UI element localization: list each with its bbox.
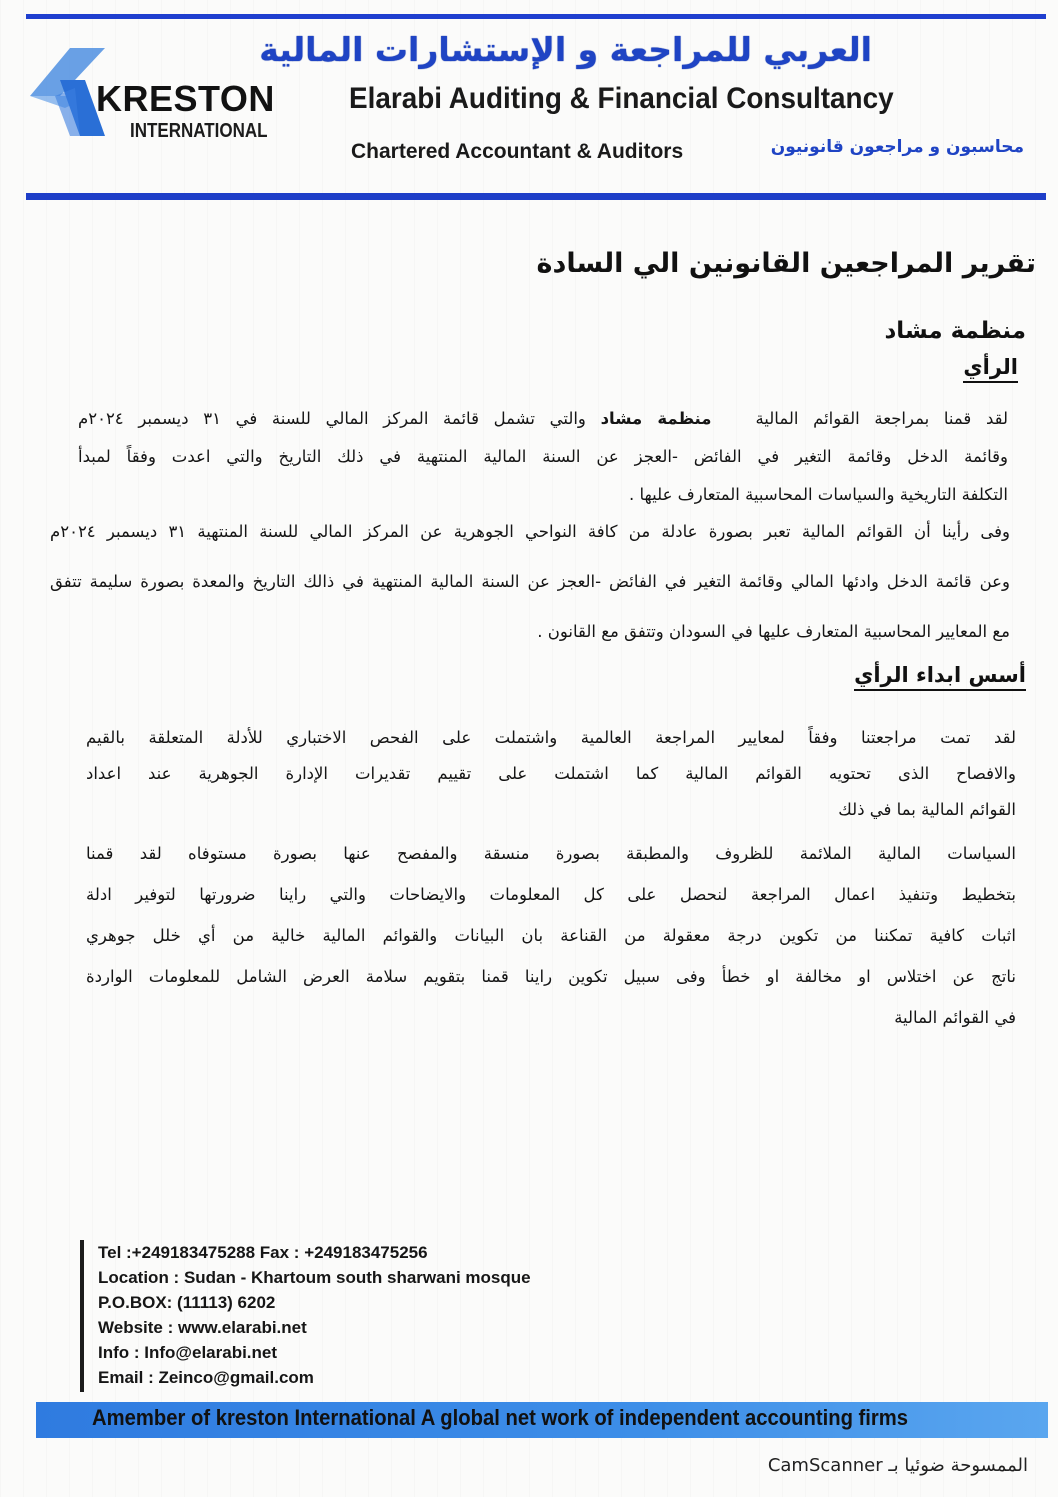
firm-name-arabic: العربي للمراجعة و الإستشارات المالية: [259, 30, 872, 69]
basis-paragraph-2: السياسات المالية الملائمة للظروف والمطبق…: [86, 833, 1016, 1038]
opinion-paragraph-1: لقد قمنا بمراجعة القوائم المالية منظمة م…: [78, 400, 1008, 514]
header-top-rule: [26, 14, 1046, 19]
contact-block: Tel :+249183475288 Fax : +249183475256 L…: [80, 1240, 531, 1392]
text-line: السياسات المالية الملائمة للظروف والمطبق…: [86, 833, 1016, 874]
text-line: وعن قائمة الدخل وادئها المالي وقائمة الت…: [50, 553, 1010, 611]
opinion-heading: الرأي: [963, 355, 1018, 383]
camscanner-watermark: الممسوحة ضوئيا بـ CamScanner: [768, 1455, 1028, 1476]
kreston-wordmark: KRESTON: [96, 78, 275, 120]
tagline-arabic: محاسبون و مراجعون قانونيون: [771, 137, 1024, 157]
text-line: ناتج عن اختلاس او مخالفة او خطأ وفى سبيل…: [86, 956, 1016, 997]
text-line: وقائمة الدخل وقائمة التغير في الفائض -ال…: [78, 438, 1008, 476]
text-line: اثبات كافية تمكننا من تكوين درجة معقولة …: [86, 915, 1016, 956]
report-title: تقرير المراجعين القانونين الي السادة: [537, 248, 1036, 279]
tagline-english: Chartered Accountant & Auditors: [351, 140, 683, 164]
organization-name-inline: منظمة مشاد: [601, 409, 712, 428]
text-line: في القوائم المالية: [86, 997, 1016, 1038]
text-line: التكلفة التاريخية والسياسات المحاسبية ال…: [78, 476, 1008, 514]
text-line: مع المعايير المحاسبية المتعارف عليها في …: [50, 611, 1010, 653]
basis-heading: أسس ابداء الرأي: [854, 663, 1026, 691]
text-line: وفى رأينا أن القوائم المالية تعبر بصورة …: [50, 511, 1010, 553]
info-email: Info : Info@elarabi.net: [98, 1340, 531, 1365]
website: Website : www.elarabi.net: [98, 1315, 531, 1340]
location: Location : Sudan - Khartoum south sharwa…: [98, 1265, 531, 1290]
kreston-international-label: INTERNATIONAL: [130, 120, 268, 143]
po-box: P.O.BOX: (11113) 6202: [98, 1290, 531, 1315]
email: Email : Zeinco@gmail.com: [98, 1365, 531, 1390]
text-line: بتخطيط وتنفيذ اعمال المراجعة لنحصل على ك…: [86, 874, 1016, 915]
header-bottom-rule: [26, 193, 1046, 200]
firm-name-english: Elarabi Auditing & Financial Consultancy: [349, 82, 894, 116]
opinion-paragraph-2: وفى رأينا أن القوائم المالية تعبر بصورة …: [50, 511, 1010, 653]
text-line: لقد قمنا بمراجعة القوائم المالية منظمة م…: [78, 400, 1008, 438]
organization-name: منظمة مشاد: [885, 318, 1027, 344]
tel-fax: Tel :+249183475288 Fax : +249183475256: [98, 1240, 531, 1265]
text-line: القوائم المالية بما في ذلك: [86, 792, 1016, 828]
text-line: لقد تمت مراجعتنا وفقاً لمعايير المراجعة …: [86, 720, 1016, 756]
basis-paragraph-1: لقد تمت مراجعتنا وفقاً لمعايير المراجعة …: [86, 720, 1016, 828]
footer-banner-text: Amember of kreston International A globa…: [92, 1405, 908, 1431]
text-line: والافصاح الذى تحتويه القوائم المالية كما…: [86, 756, 1016, 792]
